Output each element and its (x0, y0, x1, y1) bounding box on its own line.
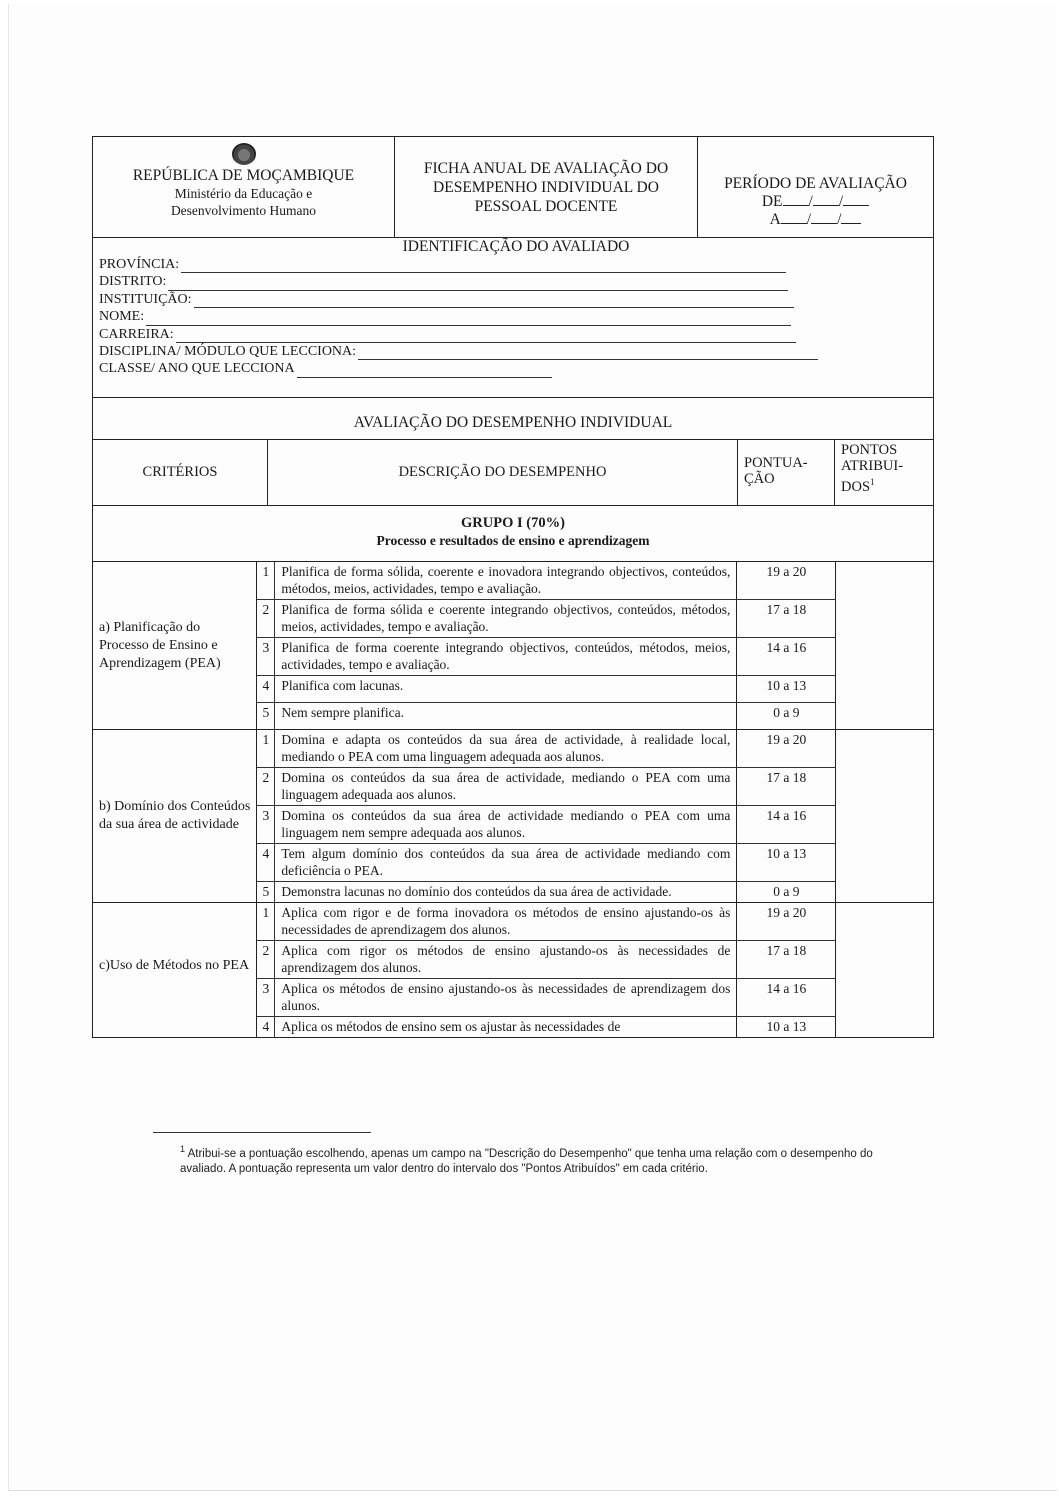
period-to-label: A (770, 211, 781, 228)
field-label: INSTITUIÇÃO: (99, 291, 192, 308)
col-score: PONTUA- ÇÃO (738, 440, 835, 505)
field-distrito[interactable]: DISTRITO: (99, 273, 933, 290)
group-subtitle: Processo e resultados de ensino e aprend… (93, 532, 933, 550)
field-classe[interactable]: CLASSE/ ANO QUE LECCIONA (99, 360, 933, 377)
criterion-levels: 1Planifica de forma sólida, coerente e i… (257, 562, 836, 729)
col-criteria: CRITÉRIOS (93, 440, 268, 505)
field-disciplina[interactable]: DISCIPLINA/ MÓDULO QUE LECCIONA: (99, 343, 933, 360)
level-description: Nem sempre planifica. (275, 703, 737, 729)
period-from-field[interactable]: DE// (698, 193, 933, 211)
level-score-range: 14 a 16 (737, 979, 836, 1016)
field-provincia[interactable]: PROVÍNCIA: (99, 256, 933, 273)
level-description: Planifica com lacunas. (275, 676, 737, 702)
level-description: Aplica os métodos de ensino sem os ajust… (275, 1017, 737, 1037)
col-points-line-2: ATRIBUI- (841, 458, 933, 474)
form-header: REPÚBLICA DE MOÇAMBIQUE Ministério da Ed… (93, 137, 933, 238)
col-points-line-3: DOS (841, 479, 870, 495)
level-row[interactable]: 2Planifica de forma sólida e coerente in… (257, 600, 836, 638)
field-label: PROVÍNCIA: (99, 256, 179, 273)
level-description: Aplica os métodos de ensino ajustando-os… (275, 979, 737, 1016)
evaluation-form: REPÚBLICA DE MOÇAMBIQUE Ministério da Ed… (92, 136, 934, 1038)
footnote-number: 1 (180, 1144, 185, 1154)
level-description: Planifica de forma sólida, coerente e in… (275, 562, 737, 599)
level-score-range: 17 a 18 (737, 600, 836, 637)
col-description: DESCRIÇÃO DO DESEMPENHO (268, 440, 738, 505)
field-carreira[interactable]: CARREIRA: (99, 326, 933, 343)
period-to-field[interactable]: A// (698, 211, 933, 229)
criterion-block: b) Domínio dos Conteúdos da sua área de … (93, 730, 933, 903)
group-header: GRUPO I (70%) Processo e resultados de e… (93, 506, 933, 562)
footnote-marker: 1 (870, 477, 875, 487)
level-score-range: 14 a 16 (737, 638, 836, 675)
level-description: Tem algum domínio dos conteúdos da sua á… (275, 844, 737, 881)
level-row[interactable]: 1Aplica com rigor e de forma inovadora o… (257, 903, 836, 941)
level-description: Domina os conteúdos da sua área de activ… (275, 768, 737, 805)
form-title: FICHA ANUAL DE AVALIAÇÃO DO DESEMPENHO I… (395, 137, 698, 237)
level-row[interactable]: 1Domina e adapta os conteúdos da sua áre… (257, 730, 836, 768)
level-description: Aplica com rigor e de forma inovadora os… (275, 903, 737, 940)
level-row[interactable]: 3Aplica os métodos de ensino ajustando-o… (257, 979, 836, 1017)
level-row[interactable]: 3Planifica de forma coerente integrando … (257, 638, 836, 676)
footnote: 1 Atribui-se a pontuação escolhendo, ape… (180, 1142, 900, 1178)
footnote-divider (153, 1132, 371, 1133)
level-row[interactable]: 5Demonstra lacunas no domínio dos conteú… (257, 882, 836, 902)
criterion-label: b) Domínio dos Conteúdos da sua área de … (93, 730, 257, 902)
level-score-range: 10 a 13 (737, 676, 836, 702)
criterion-levels: 1Aplica com rigor e de forma inovadora o… (257, 903, 836, 1037)
level-description: Demonstra lacunas no domínio dos conteúd… (275, 882, 737, 902)
level-score-range: 19 a 20 (737, 903, 836, 940)
identification-title: IDENTIFICAÇÃO DO AVALIADO (99, 238, 933, 256)
field-nome[interactable]: NOME: (99, 308, 933, 325)
identification-section: IDENTIFICAÇÃO DO AVALIADO PROVÍNCIA: DIS… (93, 238, 933, 398)
level-score-range: 10 a 13 (737, 1017, 836, 1037)
level-number: 3 (257, 979, 275, 1016)
evaluation-period: PERÍODO DE AVALIAÇÃO DE// A// (698, 137, 933, 237)
field-label: DISTRITO: (99, 273, 166, 290)
col-points: PONTOS ATRIBUI- DOS1 (835, 440, 933, 505)
points-awarded-cell[interactable] (836, 903, 933, 1037)
group-title: GRUPO I (70%) (93, 514, 933, 532)
field-label: DISCIPLINA/ MÓDULO QUE LECCIONA: (99, 343, 356, 360)
level-number: 4 (257, 676, 275, 702)
period-from-label: DE (762, 193, 783, 210)
criterion-levels: 1Domina e adapta os conteúdos da sua áre… (257, 730, 836, 902)
table-header: CRITÉRIOS DESCRIÇÃO DO DESEMPENHO PONTUA… (93, 440, 933, 506)
level-description: Domina os conteúdos da sua área de activ… (275, 806, 737, 843)
col-score-line-2: ÇÃO (744, 471, 834, 487)
level-number: 2 (257, 941, 275, 978)
level-number: 2 (257, 600, 275, 637)
ministry-line-1: Ministério da Educação e (93, 185, 394, 202)
level-description: Planifica de forma coerente integrando o… (275, 638, 737, 675)
level-score-range: 0 a 9 (737, 703, 836, 729)
points-awarded-cell[interactable] (836, 730, 933, 902)
level-score-range: 14 a 16 (737, 806, 836, 843)
level-row[interactable]: 1Planifica de forma sólida, coerente e i… (257, 562, 836, 600)
criterion-label: a) Planificação do Processo de Ensino e … (93, 562, 257, 729)
evaluation-title: AVALIAÇÃO DO DESEMPENHO INDIVIDUAL (93, 398, 933, 440)
level-row[interactable]: 2Aplica com rigor os métodos de ensino a… (257, 941, 836, 979)
period-title: PERÍODO DE AVALIAÇÃO (698, 175, 933, 193)
level-score-range: 19 a 20 (737, 730, 836, 767)
field-label: CLASSE/ ANO QUE LECCIONA (99, 360, 295, 377)
field-instituicao[interactable]: INSTITUIÇÃO: (99, 291, 933, 308)
level-row[interactable]: 4Tem algum domínio dos conteúdos da sua … (257, 844, 836, 882)
level-row[interactable]: 2Domina os conteúdos da sua área de acti… (257, 768, 836, 806)
level-row[interactable]: 3Domina os conteúdos da sua área de acti… (257, 806, 836, 844)
level-score-range: 10 a 13 (737, 844, 836, 881)
field-label: CARREIRA: (99, 326, 174, 343)
criterion-label: c)Uso de Métodos no PEA (93, 903, 257, 1037)
level-number: 5 (257, 703, 275, 729)
level-number: 1 (257, 903, 275, 940)
level-score-range: 19 a 20 (737, 562, 836, 599)
level-row[interactable]: 4Aplica os métodos de ensino sem os ajus… (257, 1017, 836, 1037)
level-row[interactable]: 5Nem sempre planifica.0 a 9 (257, 703, 836, 729)
level-number: 3 (257, 638, 275, 675)
level-score-range: 0 a 9 (737, 882, 836, 902)
level-score-range: 17 a 18 (737, 768, 836, 805)
level-number: 3 (257, 806, 275, 843)
criteria-list: a) Planificação do Processo de Ensino e … (93, 562, 933, 1037)
form-title-line-1: FICHA ANUAL DE AVALIAÇÃO DO (395, 159, 697, 178)
level-number: 5 (257, 882, 275, 902)
level-row[interactable]: 4Planifica com lacunas.10 a 13 (257, 676, 836, 703)
level-number: 4 (257, 844, 275, 881)
points-awarded-cell[interactable] (836, 562, 933, 729)
institution-block: REPÚBLICA DE MOÇAMBIQUE Ministério da Ed… (93, 137, 395, 237)
level-description: Planifica de forma sólida e coerente int… (275, 600, 737, 637)
level-number: 4 (257, 1017, 275, 1037)
form-title-line-3: PESSOAL DOCENTE (395, 197, 697, 216)
mozambique-emblem-icon (232, 143, 256, 165)
level-number: 2 (257, 768, 275, 805)
field-label: NOME: (99, 308, 144, 325)
col-score-line-1: PONTUA- (744, 455, 834, 471)
level-description: Aplica com rigor os métodos de ensino aj… (275, 941, 737, 978)
col-points-line-1: PONTOS (841, 442, 933, 458)
republic-name: REPÚBLICA DE MOÇAMBIQUE (93, 167, 394, 185)
criterion-block: c)Uso de Métodos no PEA1Aplica com rigor… (93, 903, 933, 1037)
criterion-block: a) Planificação do Processo de Ensino e … (93, 562, 933, 730)
level-number: 1 (257, 562, 275, 599)
level-description: Domina e adapta os conteúdos da sua área… (275, 730, 737, 767)
ministry-line-2: Desenvolvimento Humano (93, 202, 394, 219)
level-number: 1 (257, 730, 275, 767)
level-score-range: 17 a 18 (737, 941, 836, 978)
footnote-text: Atribui-se a pontuação escolhendo, apena… (180, 1148, 873, 1176)
form-title-line-2: DESEMPENHO INDIVIDUAL DO (395, 178, 697, 197)
